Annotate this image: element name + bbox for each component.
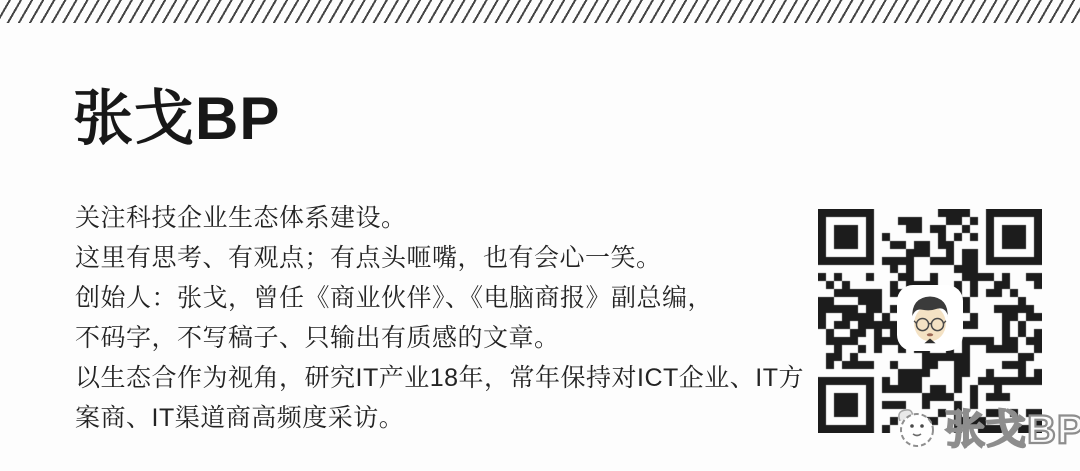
watermark-text: 张戈BP: [945, 398, 1080, 455]
watermark: 张戈BP: [890, 398, 1080, 455]
avatar: [897, 285, 963, 351]
man-with-glasses-icon: [902, 290, 958, 346]
mascot-face-icon: [890, 401, 942, 453]
profile-description: 关注科技企业生态体系建设。 这里有思考、有观点；有点头咂嘴，也有会心一笑。 创始…: [75, 198, 815, 438]
hatch-border: [0, 0, 1080, 23]
description-line: 创始人：张戈，曾任《商业伙伴》、《电脑商报》副总编，: [75, 278, 815, 318]
description-line: 以生态合作为视角，研究IT产业18年，常年保持对ICT企业、IT方: [75, 358, 815, 398]
description-line: 关注科技企业生态体系建设。: [75, 198, 815, 238]
description-line: 案商、IT渠道商高频度采访。: [75, 398, 815, 438]
account-name: 张戈BP: [73, 84, 280, 153]
profile-card: 张戈BP 关注科技企业生态体系建设。 这里有思考、有观点；有点头咂嘴，也有会心一…: [0, 0, 1080, 471]
description-line: 这里有思考、有观点；有点头咂嘴，也有会心一笑。: [75, 238, 815, 278]
description-line: 不码字，不写稿子、只输出有质感的文章。: [75, 318, 815, 358]
